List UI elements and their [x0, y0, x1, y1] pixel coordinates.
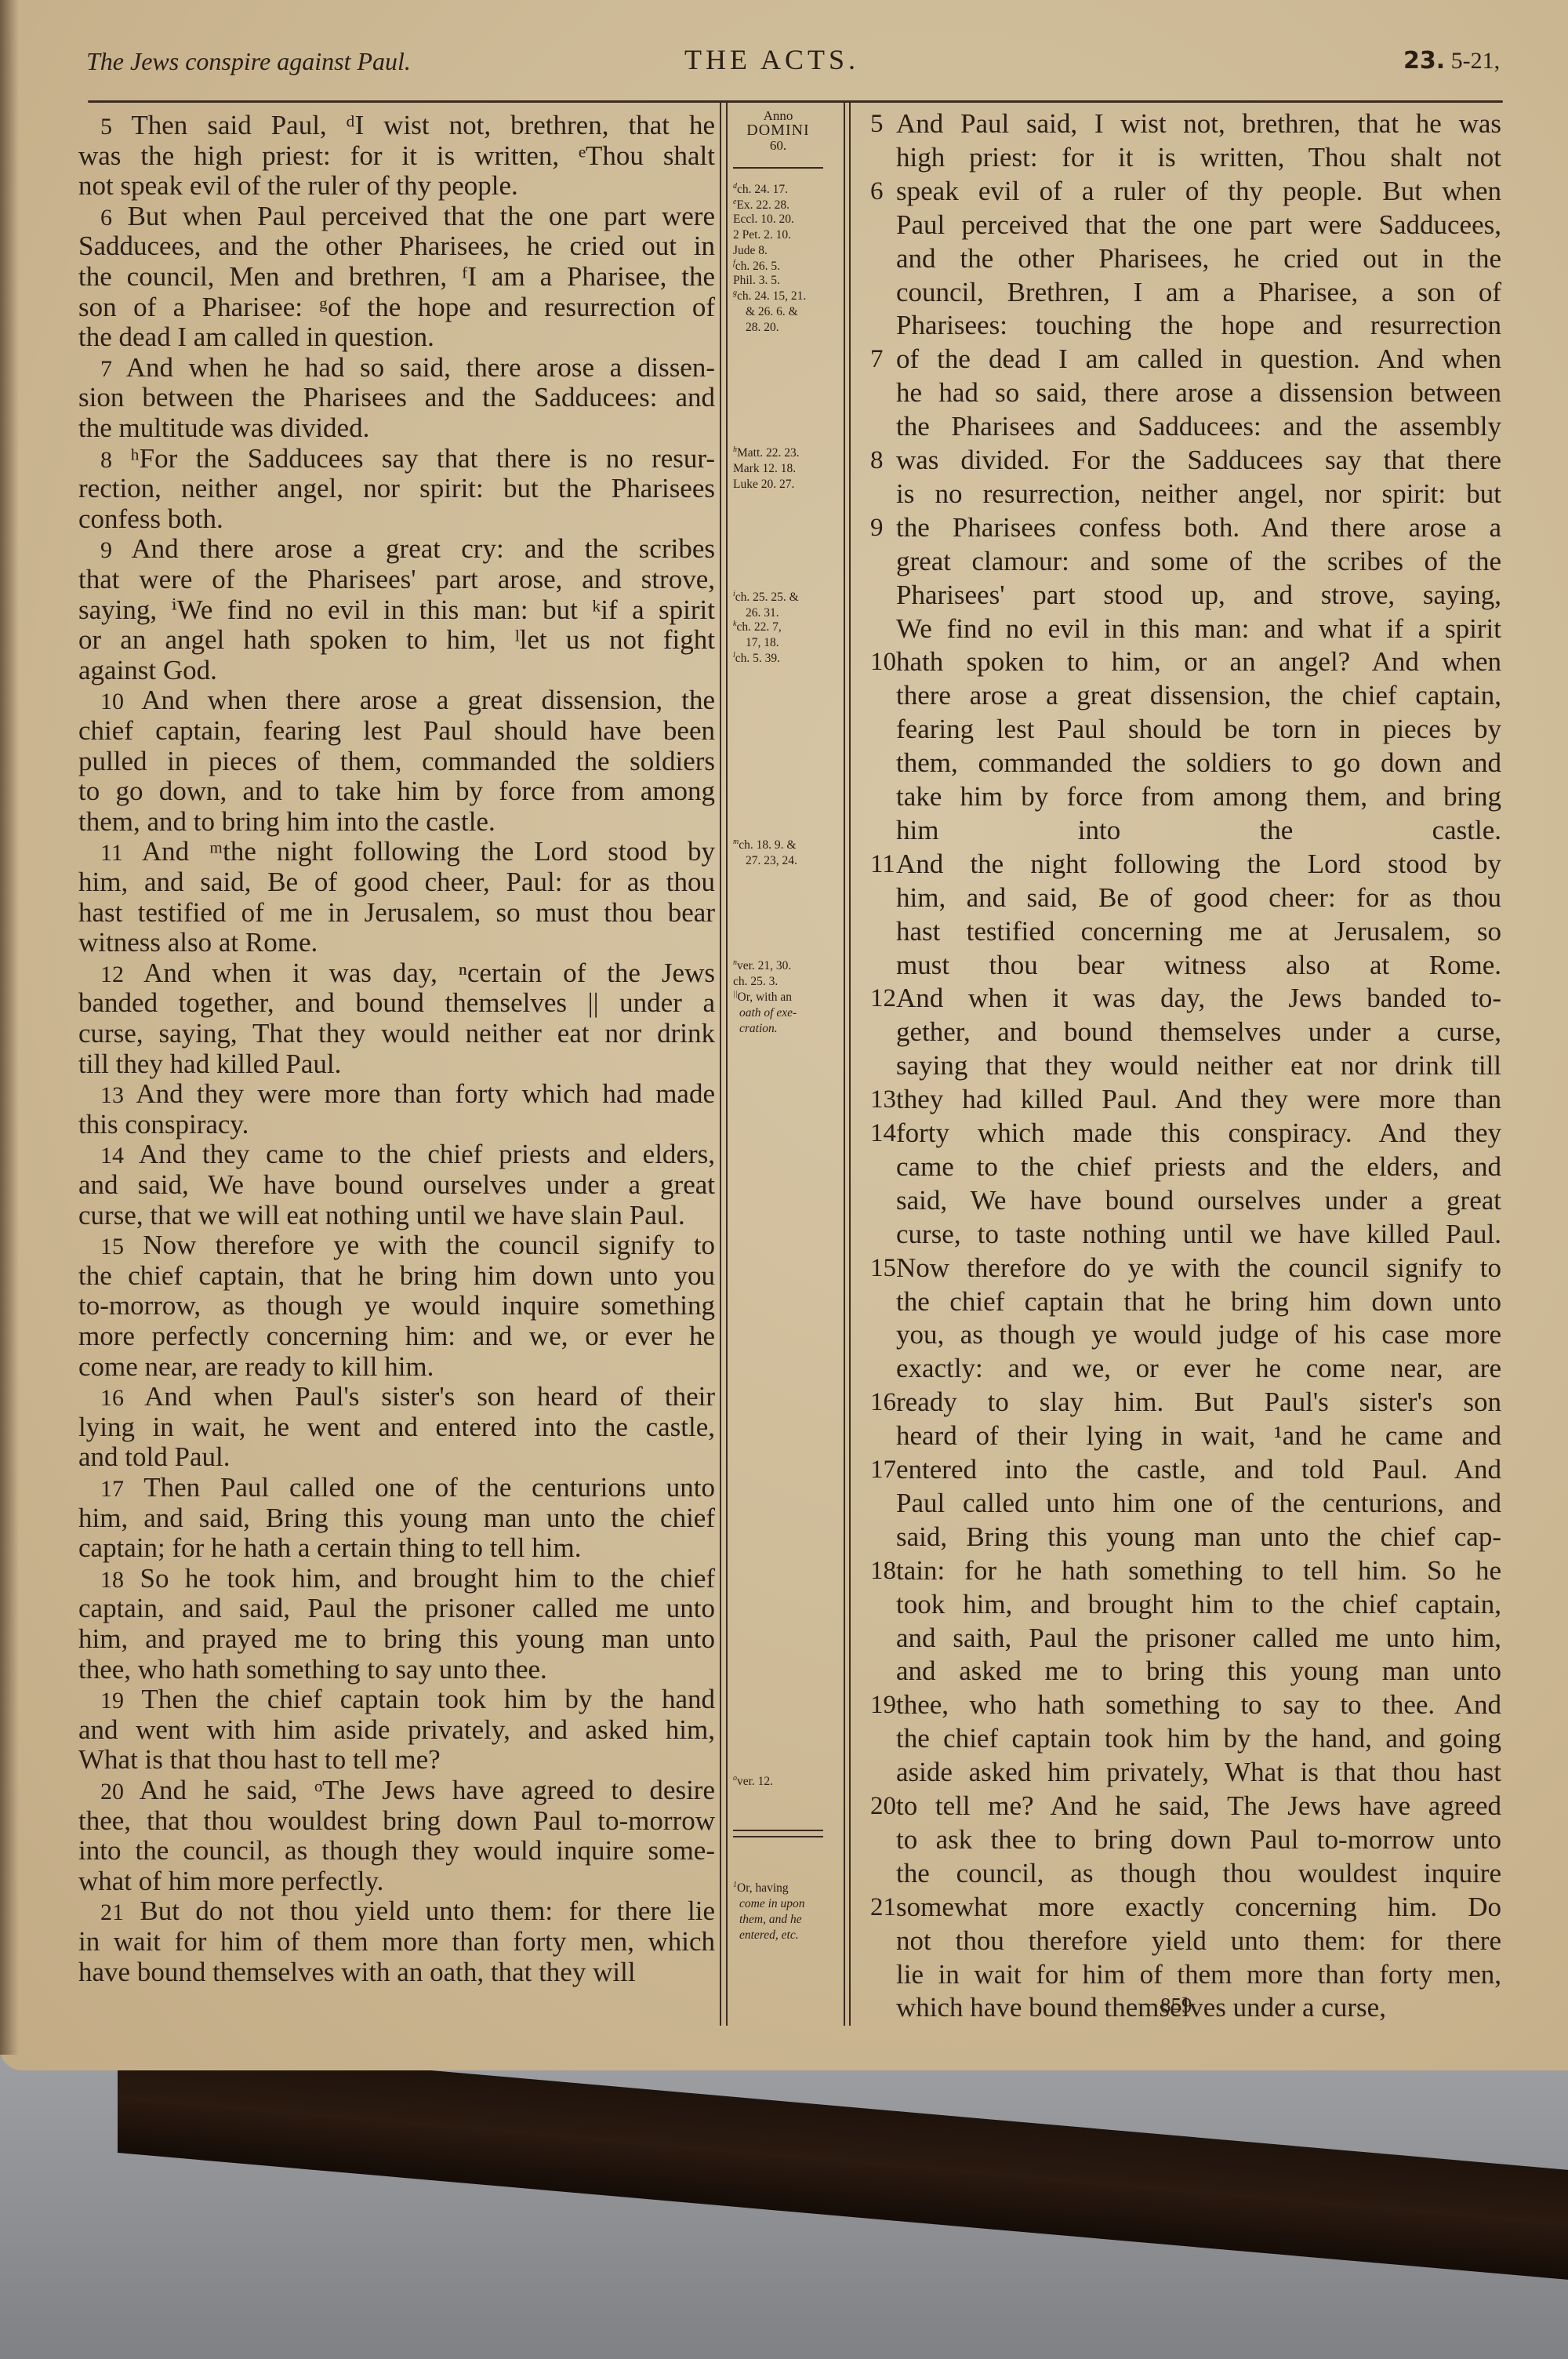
text-line: and saith, Paul the prisoner called me u… — [896, 1623, 1501, 1654]
verse-text: you, as though ye would judge of his cas… — [896, 1319, 1501, 1350]
text-line: 15 Now therefore ye with the council sig… — [78, 1230, 715, 1263]
text-line: the chief captain took him by the hand, … — [896, 1723, 1501, 1754]
text-line: 10 And when there arose a great dissensi… — [78, 685, 715, 718]
verse-text: council, Brethren, I am a Pharisee, a so… — [896, 277, 1501, 307]
verse-text: But when Paul perceived that the one par… — [128, 201, 715, 231]
cross-reference: Mark 12. 18. — [733, 461, 796, 476]
reference-text: ch. 24. 17. — [737, 183, 788, 196]
cross-reference: nver. 21, 30. — [733, 958, 791, 973]
verse-text: witness also at Rome. — [78, 927, 318, 958]
text-line: 5 Then said Paul, ᵈI wist not, brethren,… — [78, 110, 715, 143]
text-line: tain: for he hath something to tell him.… — [896, 1555, 1501, 1587]
verse-number: 15 — [100, 1234, 124, 1259]
verse-text: Now therefore do ye with the council sig… — [896, 1252, 1501, 1283]
page-number: 859 — [1160, 1994, 1192, 2018]
verse-text: into the council, as though they would i… — [78, 1835, 715, 1866]
verse-text: and said, We have bound ourselves under … — [78, 1169, 715, 1200]
column-rule-right-outer — [849, 100, 851, 2026]
header-rule — [88, 100, 1503, 103]
column-rule-left-inner — [726, 100, 728, 2026]
cross-reference: Jude 8. — [733, 243, 768, 258]
text-line: What is that thou hast to tell me? — [78, 1744, 715, 1776]
cross-reference: Luke 20. 27. — [733, 477, 794, 492]
reference-text: ch. 18. 9. & — [739, 838, 796, 852]
verse-text: Then said Paul, ᵈI wist not, brethren, t… — [131, 110, 715, 140]
text-line: come near, are ready to kill him. — [78, 1351, 715, 1383]
text-line: confess both. — [78, 503, 715, 535]
text-line: which have bound themselves under a curs… — [896, 1992, 1501, 2023]
cross-reference: ch. 25. 3. — [733, 974, 778, 989]
verse-text: the Pharisees and Sadducees: and the ass… — [896, 411, 1501, 442]
text-line: not thou therefore yield unto them: for … — [896, 1925, 1501, 1957]
text-line: 7 And when he had so said, there arose a… — [78, 352, 715, 385]
verse-text: and the other Pharisees, he cried out in… — [896, 243, 1501, 274]
text-line: not speak evil of the ruler of thy peopl… — [78, 170, 715, 202]
reference-text: Or, with an — [738, 990, 793, 1004]
text-line: 6 But when Paul perceived that the one p… — [78, 201, 715, 234]
verse-text: to-morrow, as though ye would inquire so… — [78, 1290, 715, 1321]
margin-double-rule-bottom — [733, 1836, 823, 1837]
verse-number: 18 — [100, 1567, 124, 1593]
reference-text: ch. 26. 5. — [735, 260, 780, 273]
reference-text: Luke 20. 27. — [733, 478, 794, 491]
verse-text: What is that thou hast to tell me? — [78, 1744, 441, 1775]
verse-number: 6 — [870, 176, 884, 207]
verse-text: the chief captain, that he bring him dow… — [78, 1260, 715, 1291]
verse-text: come near, are ready to kill him. — [78, 1351, 434, 1382]
reference-text: Eccl. 10. 20. — [733, 213, 794, 226]
verse-text: lying in wait, he went and entered into … — [78, 1412, 715, 1442]
verse-number: 9 — [870, 512, 884, 543]
verse-number: 10 — [870, 646, 896, 678]
verse-number: 20 — [100, 1779, 124, 1805]
verse-text: rection, neither angel, nor spirit: but … — [78, 473, 715, 503]
verse-number: 21 — [100, 1899, 124, 1925]
reference-text: ch. 5. 39. — [735, 652, 780, 665]
verse-text: forty which made this conspiracy. And th… — [896, 1118, 1501, 1148]
text-line: 18 So he took him, and brought him to th… — [78, 1563, 715, 1596]
text-line: saying, ⁱWe find no evil in this man: bu… — [78, 594, 715, 626]
text-line: into the council, as though they would i… — [78, 1835, 715, 1866]
reference-text: come in upon — [739, 1897, 805, 1910]
text-line: against God. — [78, 655, 715, 686]
verse-text: what of him more perfectly. — [78, 1866, 383, 1896]
text-line: hath spoken to him, or an angel? And whe… — [896, 646, 1501, 678]
verse-text: against God. — [78, 655, 217, 685]
text-line: curse, saying, That they would neither e… — [78, 1018, 715, 1049]
verse-text: And ᵐthe night following the Lord stood … — [142, 836, 715, 867]
text-line: him, and said, Be of good cheer, Paul: f… — [78, 867, 715, 898]
text-line: somewhat more exactly concerning him. Do — [896, 1892, 1501, 1923]
text-line: And when it was day, the Jews banded to- — [896, 983, 1501, 1014]
reference-text: oath of exe- — [739, 1006, 797, 1020]
verse-number: 17 — [100, 1476, 124, 1502]
text-line: captain; for he hath a certain thing to … — [78, 1532, 715, 1564]
verse-text: came to the chief priests and the elders… — [896, 1151, 1501, 1182]
text-line: the multitude was divided. — [78, 413, 715, 444]
verse-text: more perfectly concerning him: and we, o… — [78, 1321, 715, 1351]
text-line: saying that they would neither eat nor d… — [896, 1050, 1501, 1081]
margin-double-rule-top — [733, 1830, 823, 1831]
reference-text: & 26. 6. & — [746, 305, 798, 318]
cross-reference: hMatt. 22. 23. — [733, 445, 800, 460]
verse-text: they had killed Paul. And they were more… — [896, 1084, 1501, 1114]
verse-text: Then the chief captain took him by the h… — [141, 1684, 715, 1714]
verse-number: 9 — [100, 537, 112, 563]
verse-number: 13 — [870, 1084, 896, 1115]
verse-text: and told Paul. — [78, 1441, 230, 1472]
cross-reference: 28. 20. — [733, 320, 779, 335]
verse-text: till they had killed Paul. — [78, 1049, 341, 1079]
column-rule-right-inner — [844, 100, 845, 2026]
verse-number: 12 — [870, 983, 896, 1014]
verse-text: chief captain, fearing lest Paul should … — [78, 715, 715, 746]
text-line: of the dead I am called in question. And… — [896, 343, 1501, 375]
verse-text: gether, and bound themselves under a cur… — [896, 1016, 1501, 1047]
text-line: chief captain, fearing lest Paul should … — [78, 715, 715, 747]
verse-text: And when there arose a great dissension,… — [141, 685, 715, 715]
verse-text: Paul perceived that the one part were Sa… — [896, 209, 1501, 240]
text-line: And Paul said, I wist not, brethren, tha… — [896, 108, 1501, 140]
verse-number: 12 — [100, 961, 124, 987]
text-line: this conspiracy. — [78, 1109, 715, 1140]
text-line: is no resurrection, neither angel, nor s… — [896, 478, 1501, 510]
verse-number: 16 — [100, 1385, 124, 1411]
text-line: 11 And ᵐthe night following the Lord sto… — [78, 836, 715, 869]
verse-text: them, and to bring him into the castle. — [78, 806, 495, 837]
verse-text: And the night following the Lord stood b… — [896, 849, 1501, 879]
verse-number: 16 — [870, 1387, 896, 1418]
text-line: have bound themselves with an oath, that… — [78, 1957, 715, 1988]
text-line: Now therefore do ye with the council sig… — [896, 1252, 1501, 1284]
verse-text: thee, who hath something to say unto the… — [78, 1654, 547, 1685]
text-line: heard of their lying in wait, ¹and he ca… — [896, 1420, 1501, 1452]
text-line: And the night following the Lord stood b… — [896, 849, 1501, 880]
verse-text: the council, as though thou wouldest inq… — [896, 1858, 1501, 1888]
verse-text: aside asked him privately, What is that … — [896, 1757, 1501, 1787]
text-line: the Pharisees confess both. And there ar… — [896, 512, 1501, 543]
text-line: sion between the Pharisees and the Saddu… — [78, 382, 715, 413]
verse-text: ready to slay him. But Paul's sister's s… — [896, 1387, 1501, 1417]
verse-text: And he said, ᵒThe Jews have agreed to de… — [140, 1775, 715, 1805]
text-line: forty which made this conspiracy. And th… — [896, 1118, 1501, 1149]
cross-reference: fch. 26. 5. — [733, 259, 780, 274]
verse-text: and went with him aside privately, and a… — [78, 1714, 715, 1745]
verse-text: So he took him, and brought him to the c… — [140, 1563, 715, 1594]
text-line: Paul perceived that the one part were Sa… — [896, 209, 1501, 241]
reference-text: Jude 8. — [733, 244, 768, 257]
verse-text: him, and said, Bring this young man unto… — [78, 1503, 715, 1533]
verse-text: sion between the Pharisees and the Saddu… — [78, 382, 715, 413]
binding-gutter-shadow — [0, 0, 19, 2055]
text-line: 9 And there arose a great cry: and the s… — [78, 533, 715, 566]
text-line: captain, and said, Paul the prisoner cal… — [78, 1593, 715, 1624]
text-line: Sadducees, and the other Pharisees, he c… — [78, 231, 715, 262]
text-line: Pharisees: touching the hope and resurre… — [896, 310, 1501, 341]
verse-text: of the dead I am called in question. And… — [896, 343, 1501, 374]
text-line: thee, who hath something to say to thee.… — [896, 1689, 1501, 1721]
text-line: Paul called unto him one of the centurio… — [896, 1488, 1501, 1519]
reference-text: Ex. 22. 28. — [736, 198, 789, 212]
verse-text: to go down, and to take him by force fro… — [78, 776, 715, 806]
reference-text: Mark 12. 18. — [733, 462, 796, 475]
reference-text: Matt. 22. 23. — [737, 446, 800, 460]
verse-number: 15 — [870, 1252, 896, 1284]
cross-reference: come in upon — [733, 1896, 805, 1911]
cross-reference: 1Or, having — [733, 1881, 789, 1896]
verse-text: the multitude was divided. — [78, 413, 369, 443]
text-line: took him, and brought him to the chief c… — [896, 1589, 1501, 1620]
reference-text: 17, 18. — [746, 636, 779, 649]
verse-text: And when Paul's sister's son heard of th… — [144, 1381, 715, 1412]
verse-text: hast testified of me in Jerusalem, so mu… — [78, 897, 715, 928]
verse-text: him, and said, Be of good cheer, Paul: f… — [78, 867, 715, 897]
text-line: exactly: and we, or ever he come near, a… — [896, 1353, 1501, 1384]
text-line: speak evil of a ruler of thy people. But… — [896, 176, 1501, 207]
text-line: 20 And he said, ᵒThe Jews have agreed to… — [78, 1775, 715, 1808]
verse-text: hast testified concerning me at Jerusale… — [896, 916, 1501, 947]
verse-text: Now therefore ye with the council signif… — [143, 1230, 715, 1260]
cross-reference: Eccl. 10. 20. — [733, 212, 794, 227]
text-line: entered into the castle, and told Paul. … — [896, 1454, 1501, 1485]
text-line: gether, and bound themselves under a cur… — [896, 1016, 1501, 1048]
verse-text: captain, and said, Paul the prisoner cal… — [78, 1593, 715, 1623]
text-line: him, and said, Bring this young man unto… — [78, 1503, 715, 1534]
text-line: 19 Then the chief captain took him by th… — [78, 1684, 715, 1717]
cross-reference: 2 Pet. 2. 10. — [733, 227, 791, 242]
verse-text: the council, Men and brethren, ᶠI am a P… — [78, 261, 715, 292]
verse-text: to ask thee to bring down Paul to-morrow… — [896, 1824, 1501, 1855]
verse-text: Sadducees, and the other Pharisees, he c… — [78, 231, 715, 261]
text-line: him, and prayed me to bring this young m… — [78, 1623, 715, 1655]
text-line: and asked me to bring this young man unt… — [896, 1656, 1501, 1687]
verse-text: And when he had so said, there arose a d… — [126, 352, 715, 383]
text-line: witness also at Rome. — [78, 927, 715, 958]
cross-reference: 27. 23, 24. — [733, 853, 797, 868]
verse-text: son of a Pharisee: ᵍof the hope and resu… — [78, 292, 715, 322]
text-line: council, Brethren, I am a Pharisee, a so… — [896, 277, 1501, 308]
verse-text: And they came to the chief priests and e… — [139, 1139, 715, 1169]
text-line: 13 And they were more than forty which h… — [78, 1078, 715, 1111]
verse-text: ʰFor the Sadducees say that there is no … — [130, 443, 715, 474]
verse-text: have bound themselves with an oath, that… — [78, 1957, 636, 1987]
text-line: or an angel hath spoken to him, ˡlet us … — [78, 624, 715, 656]
verse-text: somewhat more exactly concerning him. Do — [896, 1892, 1501, 1922]
text-line: said, We have bound ourselves under a gr… — [896, 1185, 1501, 1216]
reference-text: cration. — [739, 1022, 778, 1035]
verse-text: the Pharisees confess both. And there ar… — [896, 512, 1501, 543]
cross-reference: 26. 31. — [733, 605, 779, 620]
text-line: rection, neither angel, nor spirit: but … — [78, 473, 715, 504]
year-label: 60. — [733, 138, 823, 153]
verse-number: 21 — [870, 1892, 896, 1923]
reference-text: entered, etc. — [739, 1928, 799, 1942]
verse-text: pulled in pieces of them, commanded the … — [78, 746, 715, 776]
text-line: they had killed Paul. And they were more… — [896, 1084, 1501, 1115]
verse-text: the dead I am called in question. — [78, 322, 434, 352]
verse-text: exactly: and we, or ever he come near, a… — [896, 1353, 1501, 1383]
verse-text: We find no evil in this man: and what if… — [896, 613, 1501, 644]
text-line: 14 And they came to the chief priests an… — [78, 1139, 715, 1172]
text-line: ready to slay him. But Paul's sister's s… — [896, 1387, 1501, 1418]
text-line: you, as though ye would judge of his cas… — [896, 1319, 1501, 1350]
cross-reference: eEx. 22. 28. — [733, 198, 789, 213]
verse-text: saying that they would neither eat nor d… — [896, 1050, 1501, 1081]
cross-reference: mch. 18. 9. & — [733, 838, 796, 852]
text-line: the Pharisees and Sadducees: and the ass… — [896, 411, 1501, 442]
verse-number: 5 — [100, 114, 112, 140]
text-line: thee, that thou wouldest bring down Paul… — [78, 1805, 715, 1837]
text-line: and told Paul. — [78, 1441, 715, 1473]
reference-text: ch. 22. 7, — [736, 620, 781, 634]
text-line: We find no evil in this man: and what if… — [896, 613, 1501, 645]
reference-text: ch. 25. 25. & — [735, 591, 799, 604]
text-line: to go down, and to take him by force fro… — [78, 776, 715, 807]
verse-number: 8 — [100, 447, 112, 473]
reference-text: ch. 24. 15, 21. — [737, 289, 806, 303]
verse-text: Pharisees: touching the hope and resurre… — [896, 310, 1501, 340]
text-line: Pharisees' part stood up, and strove, sa… — [896, 580, 1501, 611]
text-line: 12 And when it was day, ⁿcertain of the … — [78, 958, 715, 990]
domini-label: DOMINI — [733, 123, 823, 138]
text-line: 17 Then Paul called one of the centurion… — [78, 1472, 715, 1505]
text-line: high priest: for it is written, Thou sha… — [896, 142, 1501, 173]
reference-text: Phil. 3. 5. — [733, 274, 780, 287]
verse-text: took him, and brought him to the chief c… — [896, 1589, 1501, 1619]
cross-reference: Phil. 3. 5. — [733, 273, 780, 288]
verse-number: 7 — [100, 356, 112, 382]
verse-text: that were of the Pharisees' part arose, … — [78, 564, 715, 594]
text-line: and the other Pharisees, he cried out in… — [896, 243, 1501, 274]
cross-reference: entered, etc. — [733, 1928, 799, 1943]
cross-reference: over. 12. — [733, 1774, 773, 1789]
verse-text: which have bound themselves under a curs… — [896, 1992, 1386, 2023]
cross-reference: gch. 24. 15, 21. — [733, 289, 806, 304]
verse-text: curse, that we will eat nothing until we… — [78, 1200, 685, 1230]
verse-text: must thou bear witness also at Rome. — [896, 950, 1501, 980]
reference-text: them, and he — [739, 1913, 802, 1926]
verse-text: great clamour: and some of the scribes o… — [896, 546, 1501, 576]
text-line: 21 But do not thou yield unto them: for … — [78, 1896, 715, 1928]
chapter-number: 23. — [1403, 47, 1445, 75]
text-line: great clamour: and some of the scribes o… — [896, 546, 1501, 577]
verse-text: tain: for he hath something to tell him.… — [896, 1555, 1501, 1586]
cross-reference: kch. 22. 7, — [733, 620, 782, 634]
column-rule-left-outer — [720, 100, 721, 2026]
text-line: curse, that we will eat nothing until we… — [78, 1200, 715, 1231]
verse-text: speak evil of a ruler of thy people. But… — [896, 176, 1501, 206]
verse-text: banded together, and bound themselves ||… — [78, 987, 715, 1018]
reference-text: ver. 12. — [737, 1775, 773, 1788]
verse-text: to tell me? And he said, The Jews have a… — [896, 1790, 1501, 1821]
verse-text: thee, that thou wouldest bring down Paul… — [78, 1805, 715, 1836]
verse-number: 20 — [870, 1790, 896, 1822]
verse-text: confess both. — [78, 503, 223, 534]
verse-text: high priest: for it is written, Thou sha… — [896, 142, 1501, 173]
text-line: must thou bear witness also at Rome. — [896, 950, 1501, 981]
verse-text: him, and said, Be of good cheer: for as … — [896, 882, 1501, 913]
verse-text: them, commanded the soldiers to go down … — [896, 747, 1501, 778]
cross-reference: & 26. 6. & — [733, 304, 798, 319]
text-line: lie in wait for him of them more than fo… — [896, 1959, 1501, 1990]
text-line: curse, to taste nothing until we have ki… — [896, 1219, 1501, 1250]
verse-text: and asked me to bring this young man unt… — [896, 1656, 1501, 1686]
text-line: was the high priest: for it is written, … — [78, 140, 715, 172]
verse-number: 18 — [870, 1555, 896, 1587]
text-line: son of a Pharisee: ᵍof the hope and resu… — [78, 292, 715, 323]
verse-text: And Paul said, I wist not, brethren, tha… — [896, 108, 1501, 139]
cross-reference: dch. 24. 17. — [733, 182, 788, 197]
verse-text: was divided. For the Sadducees say that … — [896, 445, 1501, 475]
verse-text: the chief captain took him by the hand, … — [896, 1723, 1501, 1754]
book-title: THE ACTS. — [684, 43, 859, 76]
verse-text: him into the castle. — [896, 815, 1501, 845]
verse-text: lie in wait for him of them more than fo… — [896, 1959, 1501, 1990]
verse-text: or an angel hath spoken to him, ˡlet us … — [78, 624, 715, 655]
verse-number: 17 — [870, 1454, 896, 1485]
text-line: the council, Men and brethren, ᶠI am a P… — [78, 261, 715, 293]
text-line: to-morrow, as though ye would inquire so… — [78, 1290, 715, 1321]
text-line: 16 And when Paul's sister's son heard of… — [78, 1381, 715, 1414]
book-page: The Jews conspire against Paul. THE ACTS… — [0, 0, 1568, 2070]
text-line: pulled in pieces of them, commanded the … — [78, 746, 715, 777]
cross-reference: lch. 5. 39. — [733, 651, 780, 666]
text-line: them, and to bring him into the castle. — [78, 806, 715, 838]
reference-text: ver. 21, 30. — [737, 959, 791, 972]
text-line: the chief captain, that he bring him dow… — [78, 1260, 715, 1292]
text-line: to ask thee to bring down Paul to-morrow… — [896, 1824, 1501, 1856]
verse-text: said, Bring this young man unto the chie… — [896, 1521, 1501, 1552]
verse-text: hath spoken to him, or an angel? And whe… — [896, 646, 1501, 677]
text-line: 8 ʰFor the Sadducees say that there is n… — [78, 443, 715, 476]
verse-text: not thou therefore yield unto them: for … — [896, 1925, 1501, 1956]
verse-text: fearing lest Paul should be torn in piec… — [896, 714, 1501, 744]
text-line: fearing lest Paul should be torn in piec… — [896, 714, 1501, 745]
text-line: to tell me? And he said, The Jews have a… — [896, 1790, 1501, 1822]
reference-text: 26. 31. — [746, 606, 779, 620]
verse-text: captain; for he hath a certain thing to … — [78, 1532, 581, 1563]
verse-text: Paul called unto him one of the centurio… — [896, 1488, 1501, 1518]
text-line: banded together, and bound themselves ||… — [78, 987, 715, 1019]
verse-text: him, and prayed me to bring this young m… — [78, 1623, 715, 1654]
verse-text: And they were more than forty which had … — [136, 1078, 715, 1109]
text-line: him, and said, Be of good cheer: for as … — [896, 882, 1501, 914]
verse-text: said, We have bound ourselves under a gr… — [896, 1185, 1501, 1216]
verse-number: 8 — [870, 445, 884, 476]
verse-text: Then Paul called one of the centurions u… — [143, 1472, 715, 1503]
verse-text: this conspiracy. — [78, 1109, 249, 1140]
verse-text: But do not thou yield unto them: for the… — [140, 1896, 715, 1926]
cross-reference: cration. — [733, 1021, 778, 1036]
verse-text: he had so said, there arose a dissension… — [896, 377, 1501, 408]
text-line: lying in wait, he went and entered into … — [78, 1412, 715, 1443]
text-line: more perfectly concerning him: and we, o… — [78, 1321, 715, 1352]
verse-number: 5 — [870, 108, 884, 140]
verse-text: Pharisees' part stood up, and strove, sa… — [896, 580, 1501, 610]
verse-number: 6 — [100, 205, 112, 231]
chapter-verse-range: 23. 5-21, — [1403, 47, 1500, 75]
anno-domini-rule — [733, 167, 823, 169]
verse-text: curse, to taste nothing until we have ki… — [896, 1219, 1501, 1249]
verse-text: curse, saying, That they would neither e… — [78, 1018, 715, 1049]
verse-number: 10 — [100, 689, 124, 714]
text-line: hast testified concerning me at Jerusale… — [896, 916, 1501, 947]
text-line: aside asked him privately, What is that … — [896, 1757, 1501, 1788]
verse-text: heard of their lying in wait, ¹and he ca… — [896, 1420, 1501, 1451]
text-line: take him by force from among them, and b… — [896, 781, 1501, 812]
text-line: the chief captain that he bring him down… — [896, 1286, 1501, 1318]
verse-text: thee, who hath something to say to thee.… — [896, 1689, 1501, 1720]
